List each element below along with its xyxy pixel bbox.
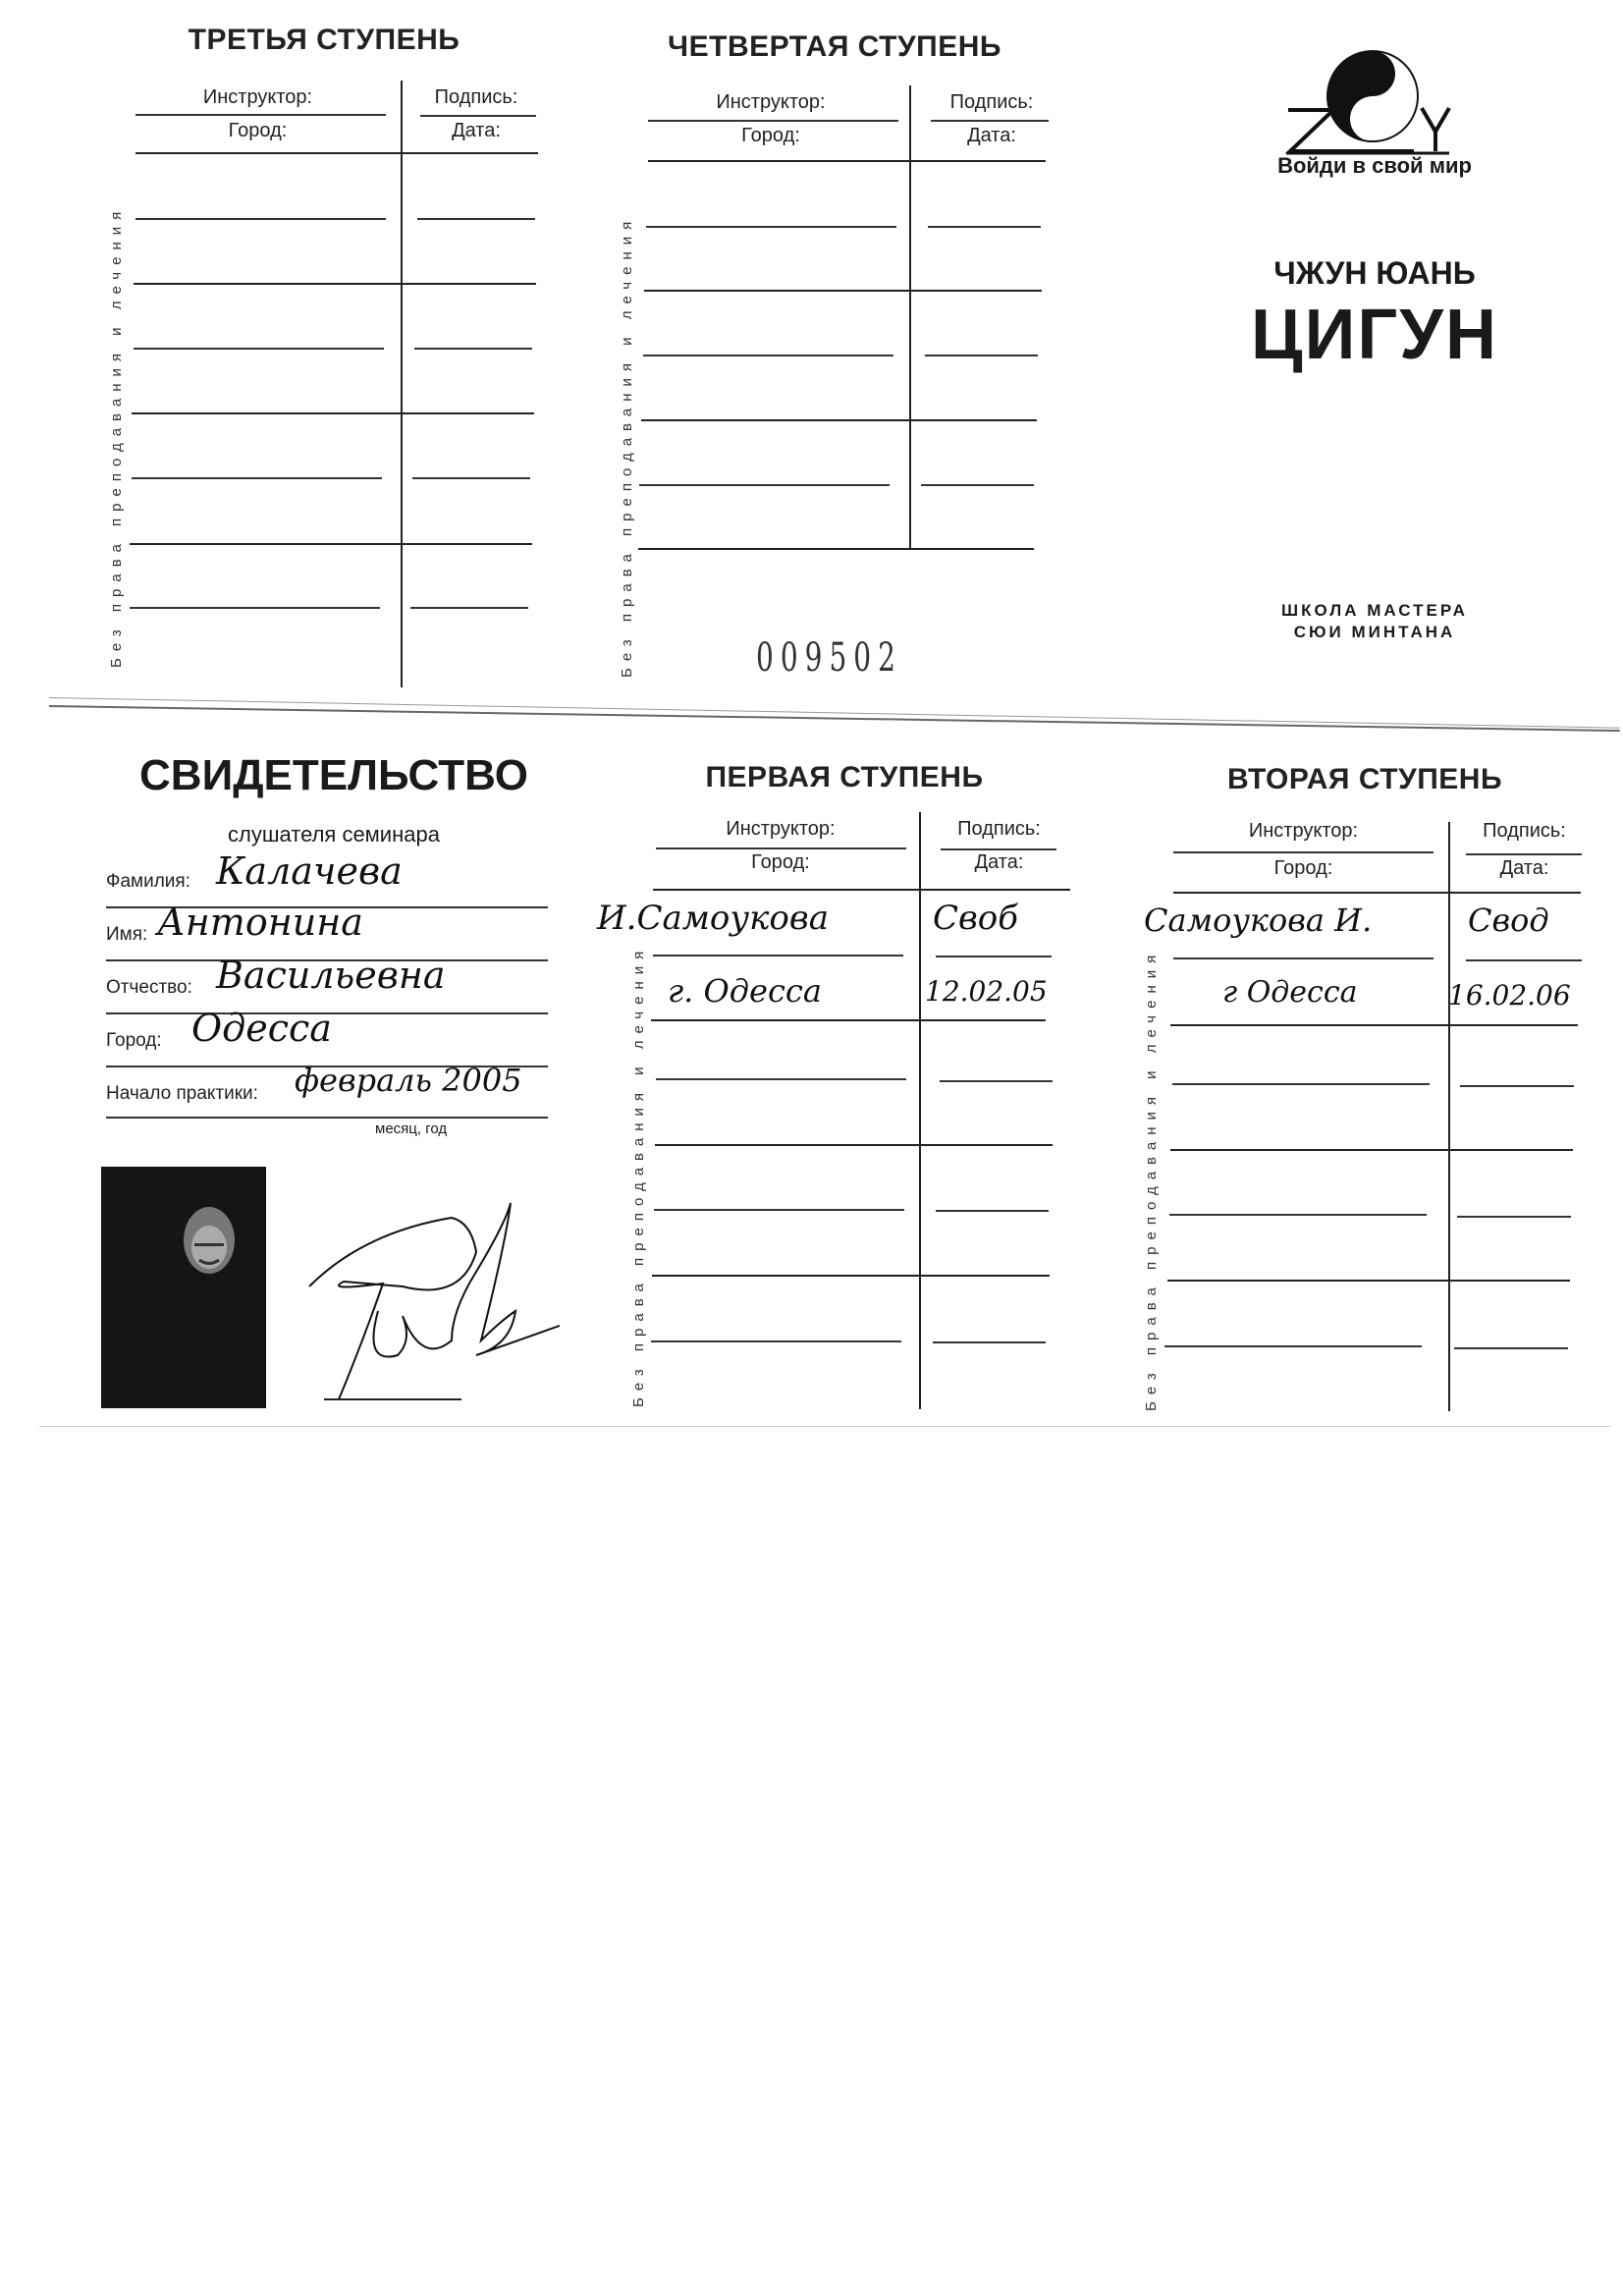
city-value: Одесса	[191, 1007, 332, 1050]
entry-city: г Одесса	[1222, 975, 1358, 1010]
fold-line	[49, 697, 1620, 729]
header-signature: Подпись:	[928, 91, 1055, 114]
entry-date: 12.02.05	[925, 975, 1048, 1008]
entry-city: г. Одесса	[668, 972, 822, 1010]
surname-value: Калачева	[216, 849, 403, 893]
header-instructor: Инструктор:	[1173, 820, 1434, 843]
panel-cover: Войди в свой мир ЧЖУН ЮАНЬ ЦИГУН ШКОЛА М…	[1178, 29, 1591, 668]
side-note: Без права преподавания и лечения	[619, 215, 635, 678]
panel-title: ПЕРВАЯ СТУПЕНЬ	[619, 761, 1070, 794]
header-instructor: Инструктор:	[137, 86, 378, 109]
header-signature: Подпись:	[938, 818, 1060, 841]
panel-first-step: ПЕРВАЯ СТУПЕНЬ Без права преподавания и …	[619, 751, 1070, 1419]
school-line-1: ШКОЛА МАСТЕРА	[1178, 601, 1571, 621]
yin-yang-icon	[1327, 51, 1418, 141]
header-date: Дата:	[928, 125, 1055, 147]
header-date: Дата:	[938, 851, 1060, 874]
city-label: Город:	[106, 1030, 162, 1052]
header-city: Город:	[137, 120, 378, 142]
panel-title: ВТОРАЯ СТУПЕНЬ	[1129, 763, 1600, 796]
panel-title: ТРЕТЬЯ СТУПЕНЬ	[98, 24, 550, 57]
entry-instructor: И.Самоукова	[597, 899, 829, 938]
header-city: Город:	[648, 125, 893, 147]
bottom-edge	[39, 1426, 1610, 1427]
certificate-subtitle: слушателя семинара	[98, 822, 569, 847]
entry-signature: Свод	[1468, 902, 1549, 939]
panel-third-step: ТРЕТЬЯ СТУПЕНЬ Без права преподавания и …	[98, 20, 550, 687]
cover-subtitle: ЧЖУН ЮАНЬ	[1178, 255, 1571, 292]
start-value: февраль 2005	[295, 1062, 522, 1099]
cover-title: ЦИГУН	[1178, 295, 1571, 375]
header-date: Дата:	[417, 120, 535, 142]
entry-instructor: Самоукова И.	[1144, 902, 1372, 939]
patronymic-value: Васильевна	[216, 954, 446, 997]
signature-handwritten	[304, 1193, 560, 1419]
photo-portrait	[101, 1167, 266, 1408]
header-signature: Подпись:	[1463, 820, 1586, 843]
name-value: Антонина	[157, 901, 363, 944]
header-instructor: Инструктор:	[658, 818, 903, 841]
certificate-title: СВИДЕТЕЛЬСТВО	[98, 751, 569, 800]
start-hint: месяц, год	[375, 1121, 447, 1137]
logo	[1276, 49, 1463, 167]
header-city: Город:	[1173, 857, 1434, 880]
entry-date: 16.02.06	[1448, 979, 1571, 1011]
surname-label: Фамилия:	[106, 871, 190, 893]
header-city: Город:	[658, 851, 903, 874]
patronymic-label: Отчество:	[106, 977, 192, 999]
panel-title: ЧЕТВЕРТАЯ СТУПЕНЬ	[609, 30, 1060, 64]
start-label: Начало практики:	[106, 1083, 258, 1105]
header-date: Дата:	[1463, 857, 1586, 880]
side-note: Без права преподавания и лечения	[1143, 949, 1160, 1411]
serial-number: 009502	[756, 635, 902, 681]
panel-second-step: ВТОРАЯ СТУПЕНЬ Без права преподавания и …	[1129, 751, 1600, 1419]
side-note: Без права преподавания и лечения	[108, 205, 125, 668]
entry-signature: Своб	[933, 899, 1018, 938]
panel-fourth-step: ЧЕТВЕРТАЯ СТУПЕНЬ Без права преподавания…	[609, 25, 1060, 692]
panel-certificate: СВИДЕТЕЛЬСТВО слушателя семинара Фамилия…	[98, 732, 569, 1419]
slogan: Войди в свой мир	[1178, 153, 1571, 179]
fold-line	[49, 705, 1620, 732]
header-signature: Подпись:	[417, 86, 535, 109]
name-label: Имя:	[106, 924, 147, 946]
school-line-2: СЮИ МИНТАНА	[1178, 623, 1571, 642]
side-note: Без права преподавания и лечения	[630, 945, 647, 1407]
header-instructor: Инструктор:	[648, 91, 893, 114]
